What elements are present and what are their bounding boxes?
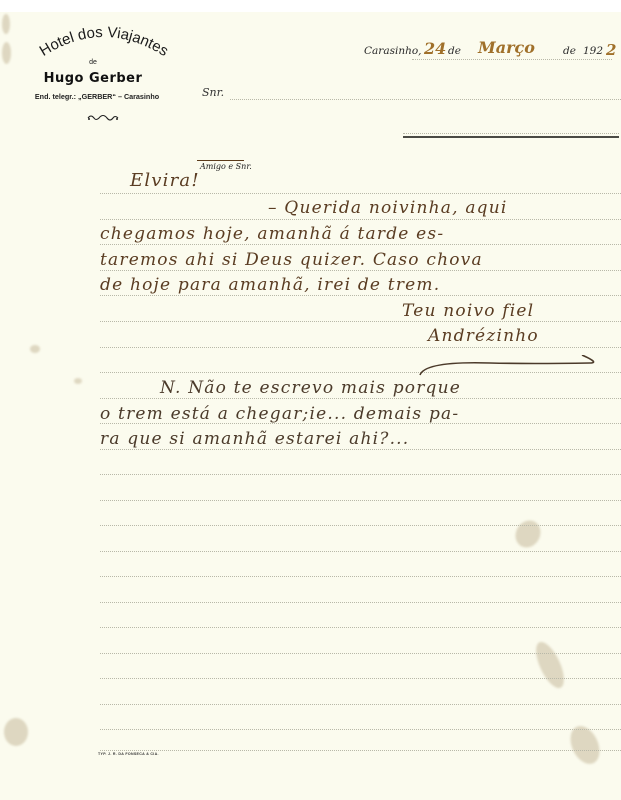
ruled-line	[100, 449, 621, 450]
ruled-line	[100, 321, 621, 322]
hotel-name: Hotel dos Viajantes	[37, 24, 172, 60]
letterhead-de: de	[0, 59, 186, 66]
letter-line-4: de hoje para amanhã, irei de trem.	[100, 275, 440, 295]
printer-imprint: TYP. J. R. DA FONSECA & CIA.	[98, 752, 159, 756]
recipient-label: Snr.	[202, 86, 224, 99]
ruled-line	[100, 347, 621, 348]
svg-text:Hotel dos Viajantes: Hotel dos Viajantes	[37, 24, 172, 60]
greeting: Elvira!	[130, 170, 200, 191]
date-place: Carasinho,	[364, 45, 422, 57]
date-day: 24	[424, 39, 446, 58]
telegraph-address: End. telegr.: „GERBER“ – Carasinho	[4, 92, 190, 101]
stain	[2, 14, 10, 34]
ruled-line	[100, 270, 621, 271]
date-de-1: de	[448, 45, 461, 57]
date-de-2: de	[563, 45, 576, 57]
date-line: Carasinho, 24 de Março de 192 2	[364, 41, 621, 63]
letter-line-1: – Querida noivinha, aqui	[268, 198, 508, 218]
ruled-line	[100, 244, 621, 245]
address-rule	[403, 136, 619, 138]
letter-line-3: taremos ahi si Deus quizer. Caso chova	[100, 250, 483, 270]
letter-page: Hotel dos Viajantes de Hugo Gerber End. …	[0, 0, 621, 800]
date-month: Março	[478, 38, 535, 57]
postscript-line-1: N. Não te escrevo mais porque	[160, 378, 461, 398]
ruled-line	[100, 627, 621, 628]
ruled-line	[100, 678, 621, 679]
stain	[74, 378, 82, 384]
ruled-line	[100, 576, 621, 577]
ruled-line	[100, 729, 621, 730]
letter-closing: Teu noivo fiel	[402, 301, 534, 321]
printed-salutation: Amigo e Snr.	[200, 162, 252, 171]
owner-name: Hugo Gerber	[0, 71, 186, 86]
recipient-line	[230, 99, 621, 100]
postscript-line-3: ra que si amanhã estarei ahi?...	[100, 429, 409, 449]
ruled-line	[100, 704, 621, 705]
ruled-line	[100, 295, 621, 296]
stain	[30, 345, 40, 353]
ruled-line	[100, 525, 621, 526]
ruled-line	[100, 653, 621, 654]
stain	[4, 718, 28, 746]
date-dotted-line	[412, 59, 612, 60]
ruled-line	[100, 474, 621, 475]
postscript-line-2: o trem está a chegar;ie... demais pa-	[100, 404, 459, 424]
ruled-line	[100, 219, 621, 220]
date-year-digit: 2	[606, 41, 616, 59]
scan-border	[0, 0, 621, 12]
flourish-ornament-icon	[86, 112, 120, 124]
stain	[530, 638, 569, 692]
ruled-line	[100, 500, 621, 501]
letter-signature: Andrézinho	[428, 326, 539, 346]
address-line	[403, 133, 619, 134]
ruled-line	[100, 398, 621, 399]
stain	[511, 516, 546, 552]
date-year: 192	[583, 45, 603, 57]
ruled-line	[100, 193, 621, 194]
ruled-line	[100, 602, 621, 603]
letter-line-2: chegamos hoje, amanhã á tarde es-	[100, 224, 444, 244]
ruled-line	[100, 551, 621, 552]
ruled-line	[100, 750, 621, 751]
